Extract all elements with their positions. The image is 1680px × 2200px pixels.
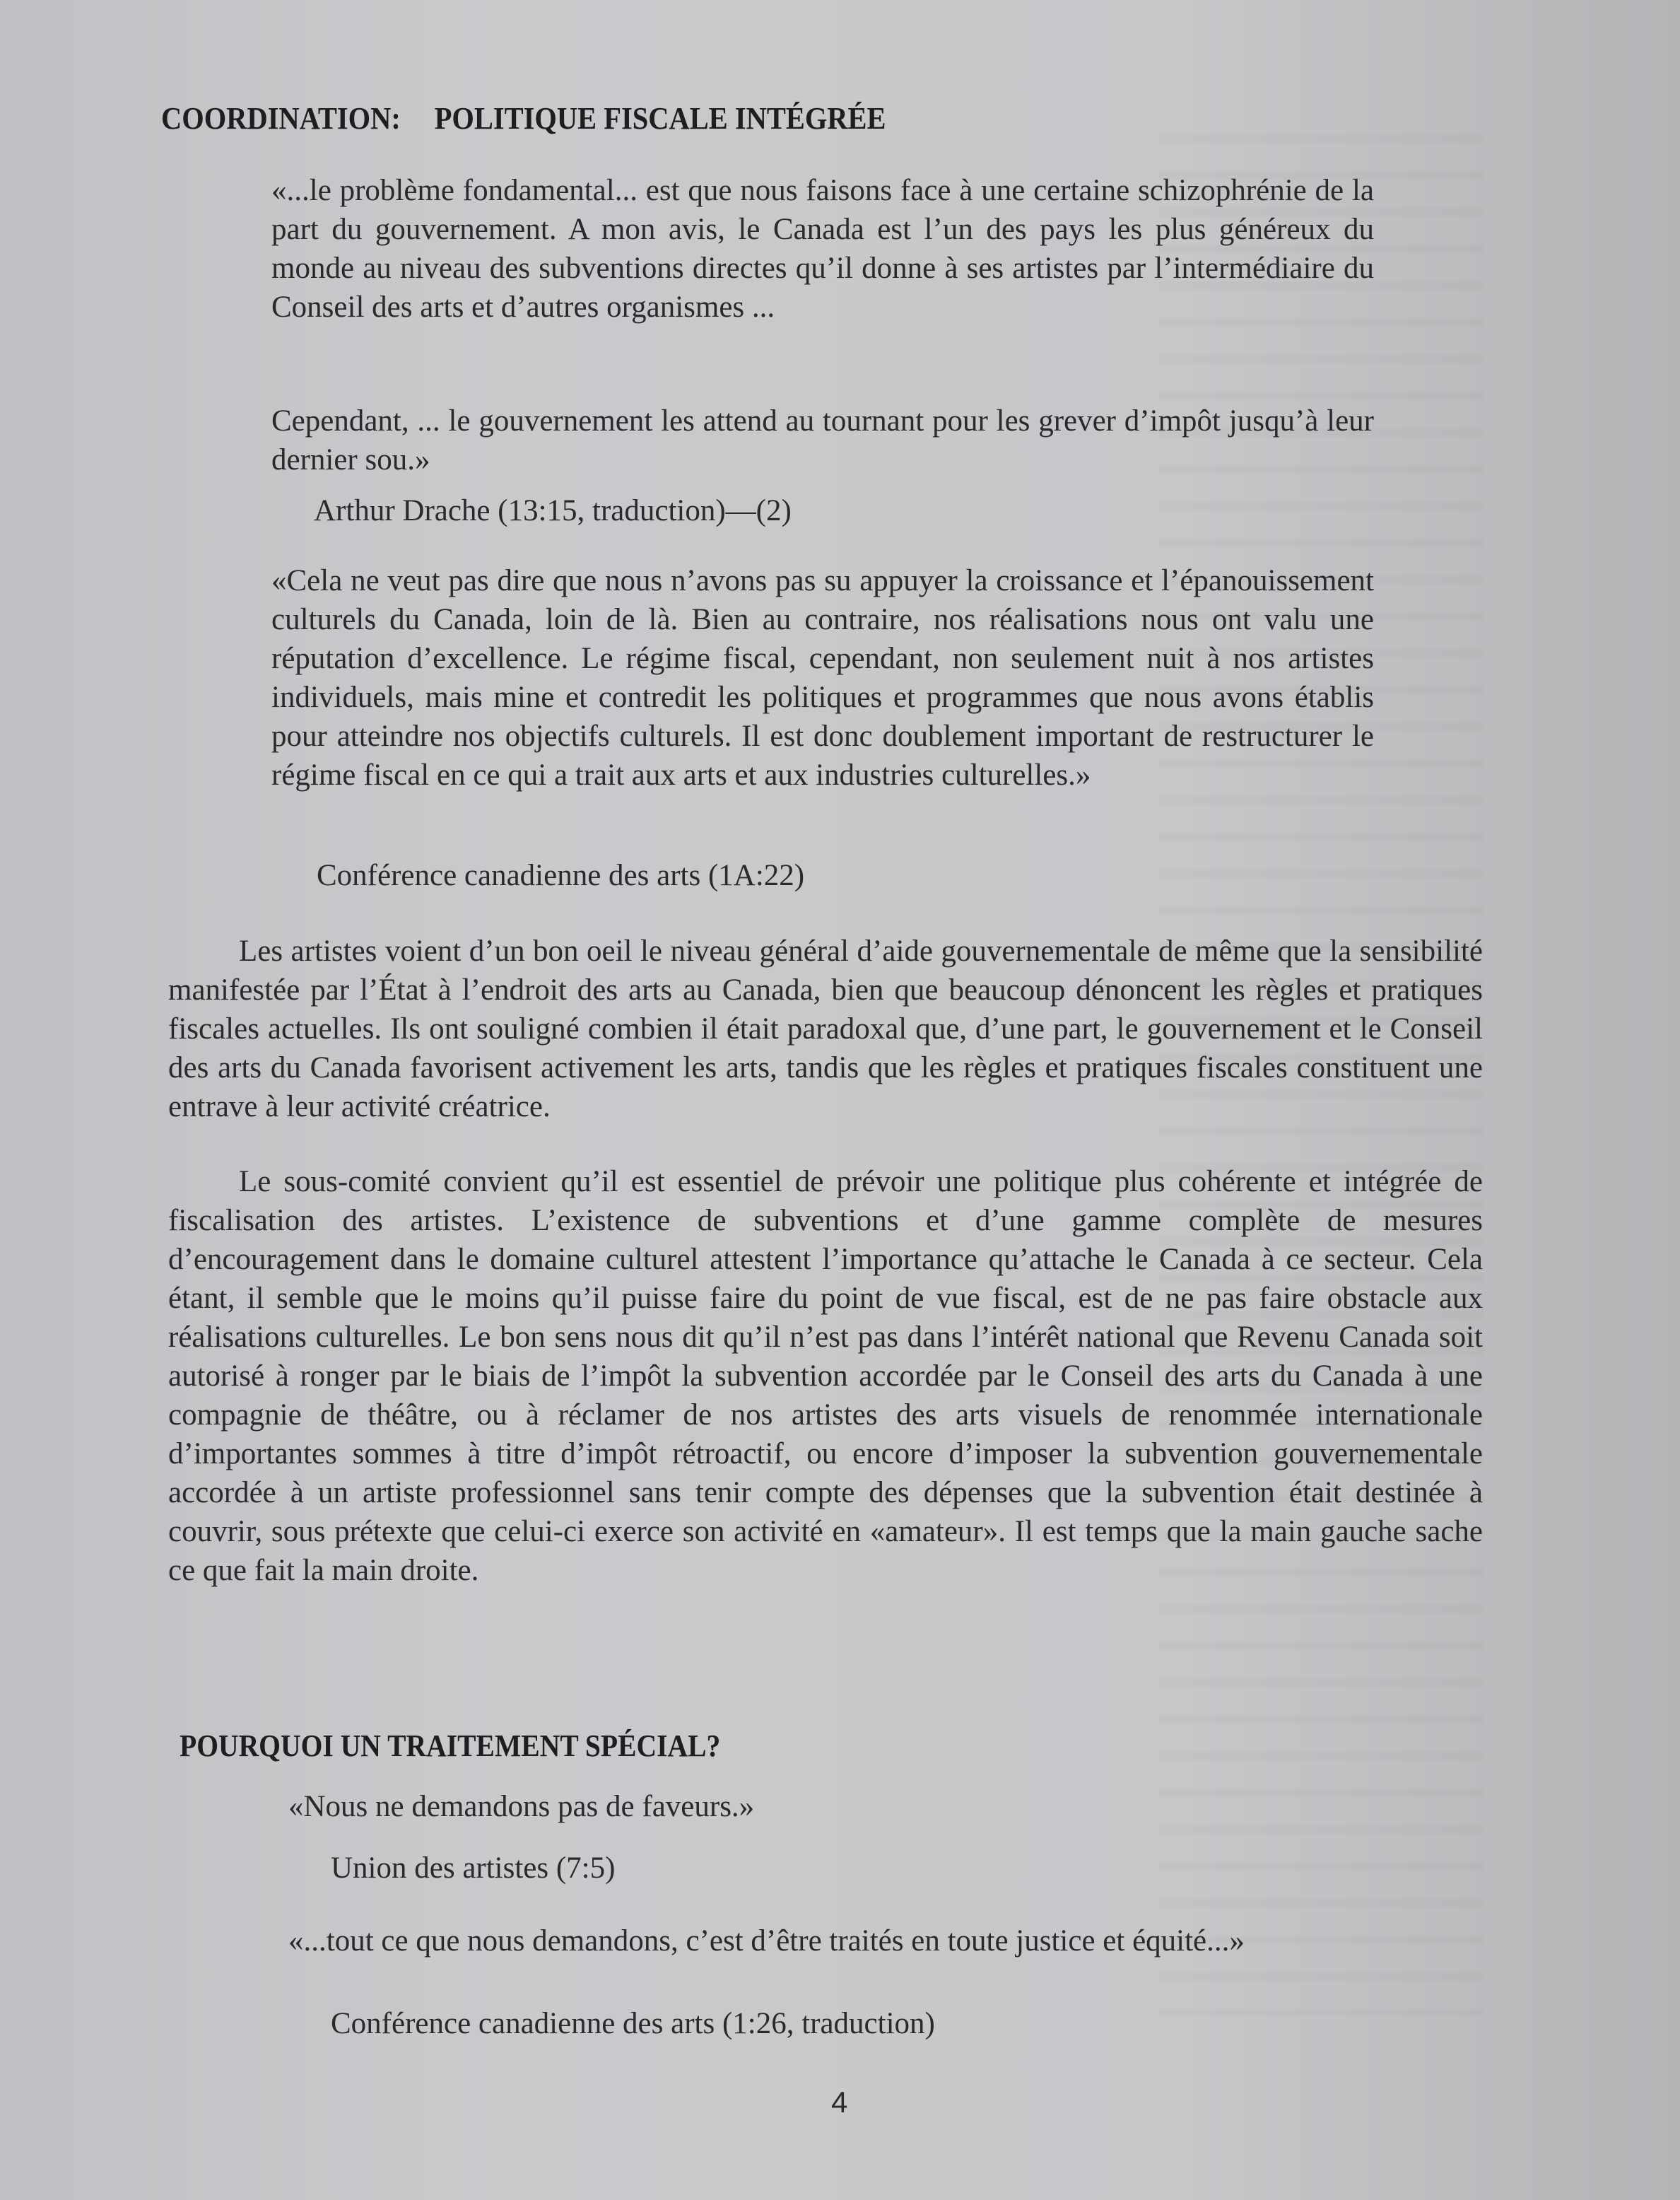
block-quote-drache-part2: Cependant, ... le gouvernement les atten… bbox=[271, 402, 1374, 479]
body-text: Les artistes voient d’un bon oeil le niv… bbox=[168, 932, 1483, 1126]
quote-paragraph: «Cela ne veut pas dire que nous n’avons … bbox=[271, 561, 1374, 795]
block-quote-uda: «Nous ne demandons pas de faveurs.» bbox=[288, 1787, 754, 1826]
quote-attribution: Union des artistes (7:5) bbox=[331, 1851, 615, 1885]
body-paragraph: Les artistes voient d’un bon oeil le niv… bbox=[168, 932, 1483, 1126]
quote-attribution: Conférence canadienne des arts (1A:22) bbox=[317, 858, 804, 893]
quote-attribution: Arthur Drache (13:15, traduction)—(2) bbox=[314, 493, 792, 528]
quote-paragraph: «...le problème fondamental... est que n… bbox=[271, 171, 1374, 327]
body-text: Le sous-comité convient qu’il est essent… bbox=[168, 1162, 1483, 1590]
quote-paragraph: Cependant, ... le gouvernement les atten… bbox=[271, 402, 1374, 479]
block-quote-cca-2: «...tout ce que nous demandons, c’est d’… bbox=[288, 1921, 1387, 1960]
quote-attribution: Conférence canadienne des arts (1:26, tr… bbox=[331, 2006, 935, 2041]
document-page: COORDINATION:POLITIQUE FISCALE INTÉGRÉE … bbox=[0, 0, 1680, 2200]
section-heading-coordination: COORDINATION:POLITIQUE FISCALE INTÉGRÉE bbox=[161, 100, 886, 136]
block-quote-drache-part1: «...le problème fondamental... est que n… bbox=[271, 171, 1374, 327]
section-heading-special-treatment: POURQUOI UN TRAITEMENT SPÉCIAL? bbox=[180, 1728, 720, 1764]
quote-paragraph: «...tout ce que nous demandons, c’est d’… bbox=[288, 1921, 1387, 1960]
heading-subtitle: POLITIQUE FISCALE INTÉGRÉE bbox=[435, 101, 886, 136]
heading-label: COORDINATION: bbox=[161, 101, 401, 136]
body-paragraph: Le sous-comité convient qu’il est essent… bbox=[168, 1162, 1483, 1590]
page-number: 4 bbox=[831, 2085, 847, 2119]
block-quote-cca: «Cela ne veut pas dire que nous n’avons … bbox=[271, 561, 1374, 795]
